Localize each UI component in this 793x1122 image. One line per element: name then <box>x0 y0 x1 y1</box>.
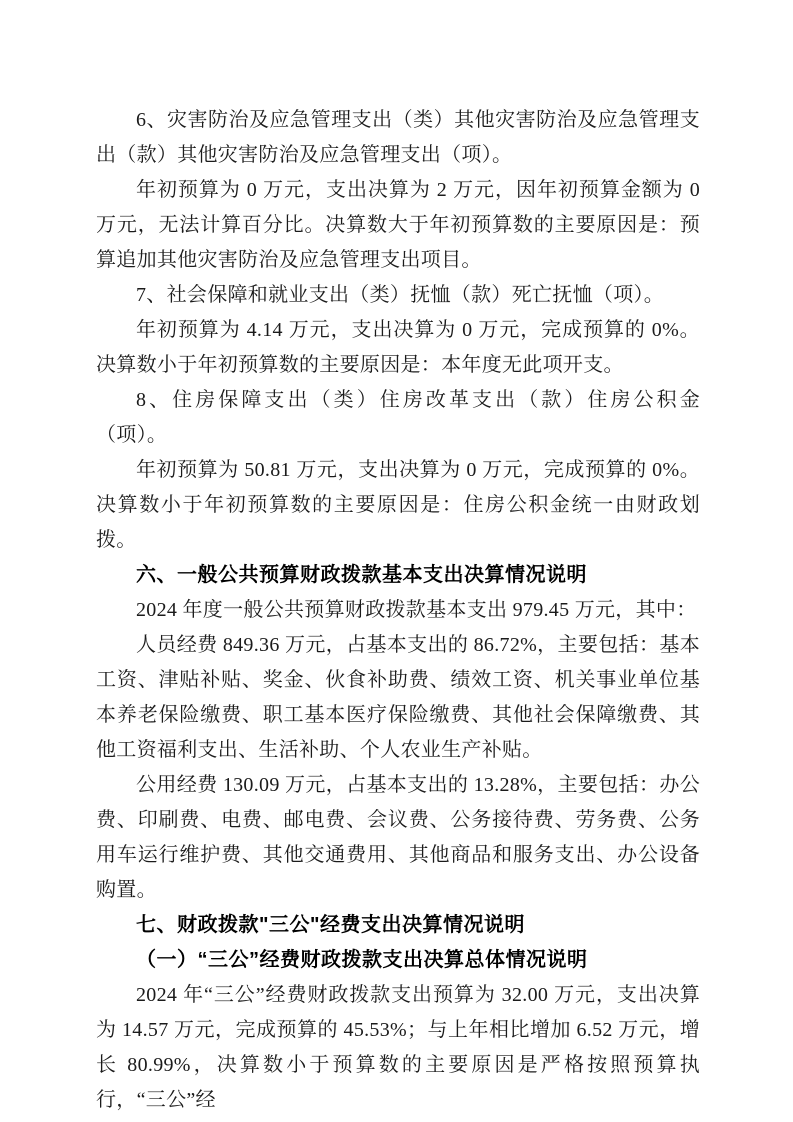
section-heading: 七、财政拨款"三公"经费支出决算情况说明 <box>96 908 700 943</box>
paragraph: 2024 年度一般公共预算财政拨款基本支出 979.45 万元，其中： <box>96 593 700 628</box>
section-heading: （一）“三公”经费财政拨款支出决算总体情况说明 <box>96 943 700 978</box>
paragraph: 公用经费 130.09 万元，占基本支出的 13.28%，主要包括：办公费、印刷… <box>96 768 700 908</box>
paragraph: 年初预算为 50.81 万元，支出决算为 0 万元，完成预算的 0%。决算数小于… <box>96 453 700 558</box>
paragraph: 年初预算为 4.14 万元，支出决算为 0 万元，完成预算的 0%。决算数小于年… <box>96 313 700 383</box>
paragraph: 6、灾害防治及应急管理支出（类）其他灾害防治及应急管理支出（款）其他灾害防治及应… <box>96 103 700 173</box>
paragraph: 人员经费 849.36 万元，占基本支出的 86.72%，主要包括：基本工资、津… <box>96 628 700 768</box>
document-page: 6、灾害防治及应急管理支出（类）其他灾害防治及应急管理支出（款）其他灾害防治及应… <box>0 0 793 1122</box>
paragraph: 年初预算为 0 万元，支出决算为 2 万元，因年初预算金额为 0 万元，无法计算… <box>96 173 700 278</box>
paragraph: 8、住房保障支出（类）住房改革支出（款）住房公积金（项）。 <box>96 383 700 453</box>
section-heading: 六、一般公共预算财政拨款基本支出决算情况说明 <box>96 558 700 593</box>
paragraph: 2024 年“三公”经费财政拨款支出预算为 32.00 万元，支出决算为 14.… <box>96 978 700 1118</box>
paragraph: 7、社会保障和就业支出（类）抚恤（款）死亡抚恤（项）。 <box>96 278 700 313</box>
document-body: 6、灾害防治及应急管理支出（类）其他灾害防治及应急管理支出（款）其他灾害防治及应… <box>96 103 700 1118</box>
